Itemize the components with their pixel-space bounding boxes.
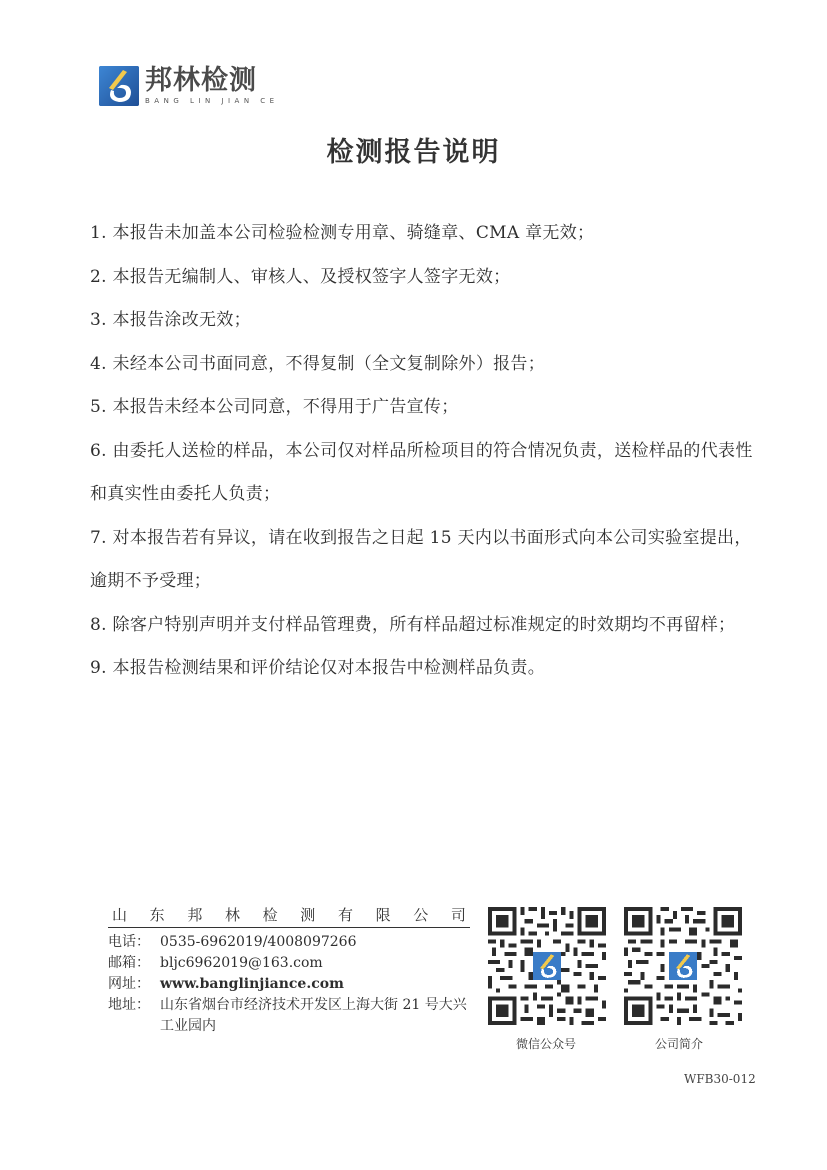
company-name: 山 东 邦 林 检 测 有 限 公 司 bbox=[108, 905, 470, 928]
company-name-char: 邦 bbox=[187, 905, 202, 925]
contact-label: 网址： bbox=[108, 974, 160, 995]
contact-label: 地址： bbox=[108, 995, 160, 1037]
contact-label: 邮箱： bbox=[108, 953, 160, 974]
company-name-char: 检 bbox=[263, 905, 278, 925]
notes-list: 1. 本报告未加盖本公司检验检测专用章、骑缝章、CMA 章无效； 2. 本报告无… bbox=[90, 212, 755, 691]
contact-label: 电话： bbox=[108, 932, 160, 953]
note-item: 3. 本报告涂改无效； bbox=[90, 299, 755, 343]
wechat-qr-code-icon bbox=[488, 907, 606, 1025]
company-intro-qr-caption: 公司简介 bbox=[655, 1035, 703, 1052]
note-item: 1. 本报告未加盖本公司检验检测专用章、骑缝章、CMA 章无效； bbox=[90, 212, 755, 256]
contact-phone: 电话： 0535-6962019/4008097266 bbox=[108, 932, 470, 953]
contact-list: 电话： 0535-6962019/4008097266 邮箱： bljc6962… bbox=[108, 932, 470, 1037]
company-name-char: 东 bbox=[150, 905, 165, 925]
form-code: WFB30-012 bbox=[684, 1072, 756, 1086]
company-info: 山 东 邦 林 检 测 有 限 公 司 电话： 0535-6962019/400… bbox=[108, 905, 470, 1037]
logo-name-cn: 邦林检测 bbox=[145, 66, 279, 96]
document-title: 检测报告说明 bbox=[0, 130, 827, 169]
company-name-char: 公 bbox=[413, 905, 428, 925]
note-item: 5. 本报告未经本公司同意，不得用于广告宣传； bbox=[90, 386, 755, 430]
company-name-char: 有 bbox=[338, 905, 353, 925]
contact-website: 网址： www.banglinjiance.com bbox=[108, 974, 470, 995]
banglin-logo-icon bbox=[99, 66, 139, 106]
company-intro-qr-code-icon bbox=[624, 907, 742, 1025]
phone-value: 0535-6962019/4008097266 bbox=[160, 932, 357, 953]
email-value: bljc6962019@163.com bbox=[160, 953, 323, 974]
note-item: 2. 本报告无编制人、审核人、及授权签字人签字无效； bbox=[90, 256, 755, 300]
company-name-char: 林 bbox=[225, 905, 240, 925]
company-logo: 邦林检测 BANG LIN JIAN CE bbox=[99, 66, 279, 106]
note-item: 4. 未经本公司书面同意，不得复制（全文复制除外）报告； bbox=[90, 343, 755, 387]
company-name-char: 山 bbox=[112, 905, 127, 925]
note-item: 7. 对本报告若有异议，请在收到报告之日起 15 天内以书面形式向本公司实验室提… bbox=[90, 517, 755, 604]
wechat-qr-caption: 微信公众号 bbox=[516, 1035, 576, 1052]
contact-email: 邮箱： bljc6962019@163.com bbox=[108, 953, 470, 974]
website-value: www.banglinjiance.com bbox=[160, 974, 344, 995]
note-item: 6. 由委托人送检的样品，本公司仅对样品所检项目的符合情况负责，送检样品的代表性… bbox=[90, 430, 755, 517]
company-name-char: 限 bbox=[376, 905, 391, 925]
note-item: 9. 本报告检测结果和评价结论仅对本报告中检测样品负责。 bbox=[90, 647, 755, 691]
company-name-char: 司 bbox=[451, 905, 466, 925]
company-name-char: 测 bbox=[300, 905, 315, 925]
address-value: 山东省烟台市经济技术开发区上海大街 21 号大兴工业园内 bbox=[160, 995, 470, 1037]
note-item: 8. 除客户特别声明并支付样品管理费，所有样品超过标准规定的时效期均不再留样； bbox=[90, 604, 755, 648]
contact-address: 地址： 山东省烟台市经济技术开发区上海大街 21 号大兴工业园内 bbox=[108, 995, 470, 1037]
logo-name-en: BANG LIN JIAN CE bbox=[145, 97, 279, 105]
